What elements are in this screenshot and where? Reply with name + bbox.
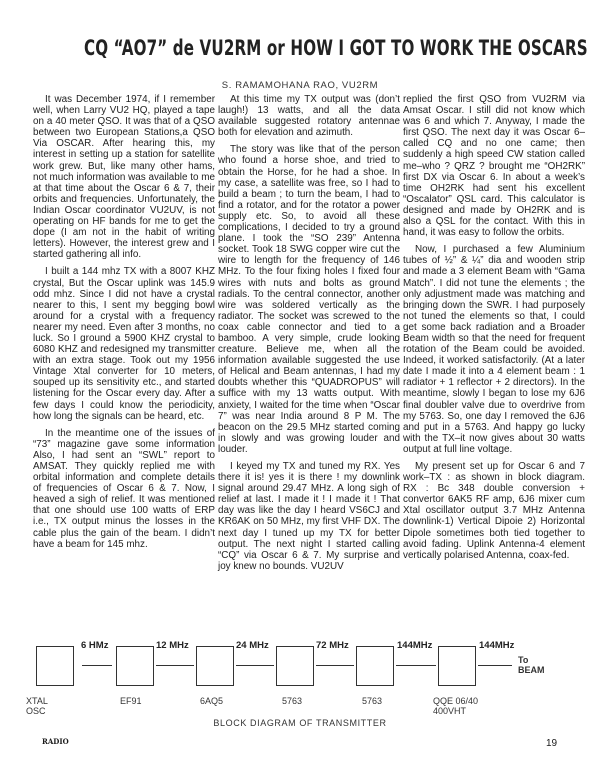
connector-line <box>396 665 436 666</box>
frequency-label: 6 HMz <box>81 640 108 651</box>
stage-box-xtal-osc <box>36 646 74 686</box>
paragraph: My present set up for Oscar 6 and 7 work… <box>403 461 585 561</box>
paragraph: It was December 1974, if I remember well… <box>33 94 215 260</box>
frequency-label: 72 MHz <box>316 640 349 651</box>
stage-label: XTAL OSC <box>26 696 48 716</box>
paragraph: At this time my TX output was (don’t lau… <box>218 94 400 138</box>
transmitter-block-diagram: 6 HMz 12 MHz 24 MHz 72 MHz 144MHz 144MHz… <box>20 640 580 730</box>
frequency-label: 144MHz <box>397 640 432 651</box>
connector-line <box>82 665 112 666</box>
paragraph: Now, I purchased a few Aluminium tubes o… <box>403 244 585 455</box>
article-byline: S. RAMAMOHANA RAO, VU2RM <box>0 80 600 91</box>
column-2: At this time my TX output was (don’t lau… <box>218 94 400 578</box>
frequency-label: 24 MHz <box>236 640 269 651</box>
connector-line <box>316 665 354 666</box>
stage-box-5763-a <box>276 646 314 686</box>
stage-box-qqe <box>438 646 476 686</box>
stage-box-5763-b <box>356 646 394 686</box>
paragraph: replied the first QSO from VU2RM via Ams… <box>403 94 585 238</box>
stage-label: 6AQ5 <box>200 696 223 706</box>
article-title: CQ “AO7” de VU2RM or HOW I GOT TO WORK T… <box>84 36 516 60</box>
page-number: 19 <box>546 738 557 749</box>
paragraph: The story was like that of the person wh… <box>218 144 400 455</box>
frequency-label: 12 MHz <box>156 640 189 651</box>
connector-line <box>236 665 274 666</box>
column-1: It was December 1974, if I remember well… <box>33 94 215 556</box>
paragraph: In the meantime one of the issues of “73… <box>33 428 215 550</box>
stage-box-6aq5 <box>196 646 234 686</box>
connector-line <box>156 665 194 666</box>
stage-label: EF91 <box>120 696 142 706</box>
column-3: replied the first QSO from VU2RM via Ams… <box>403 94 585 567</box>
magazine-name: RADIO <box>42 737 69 746</box>
stage-label: QQE 06/40 400VHT <box>433 696 478 716</box>
diagram-caption: BLOCK DIAGRAM OF TRANSMITTER <box>0 718 600 728</box>
connector-line <box>478 665 512 666</box>
stage-label: 5763 <box>282 696 302 706</box>
stage-label: 5763 <box>362 696 382 706</box>
paragraph: I keyed my TX and tuned my RX. Yes there… <box>218 461 400 572</box>
frequency-label: 144MHz <box>479 640 514 651</box>
output-label: To BEAM <box>518 655 545 675</box>
stage-box-ef91 <box>116 646 154 686</box>
paragraph: I built a 144 mhz TX with a 8007 KHZ cry… <box>33 266 215 421</box>
